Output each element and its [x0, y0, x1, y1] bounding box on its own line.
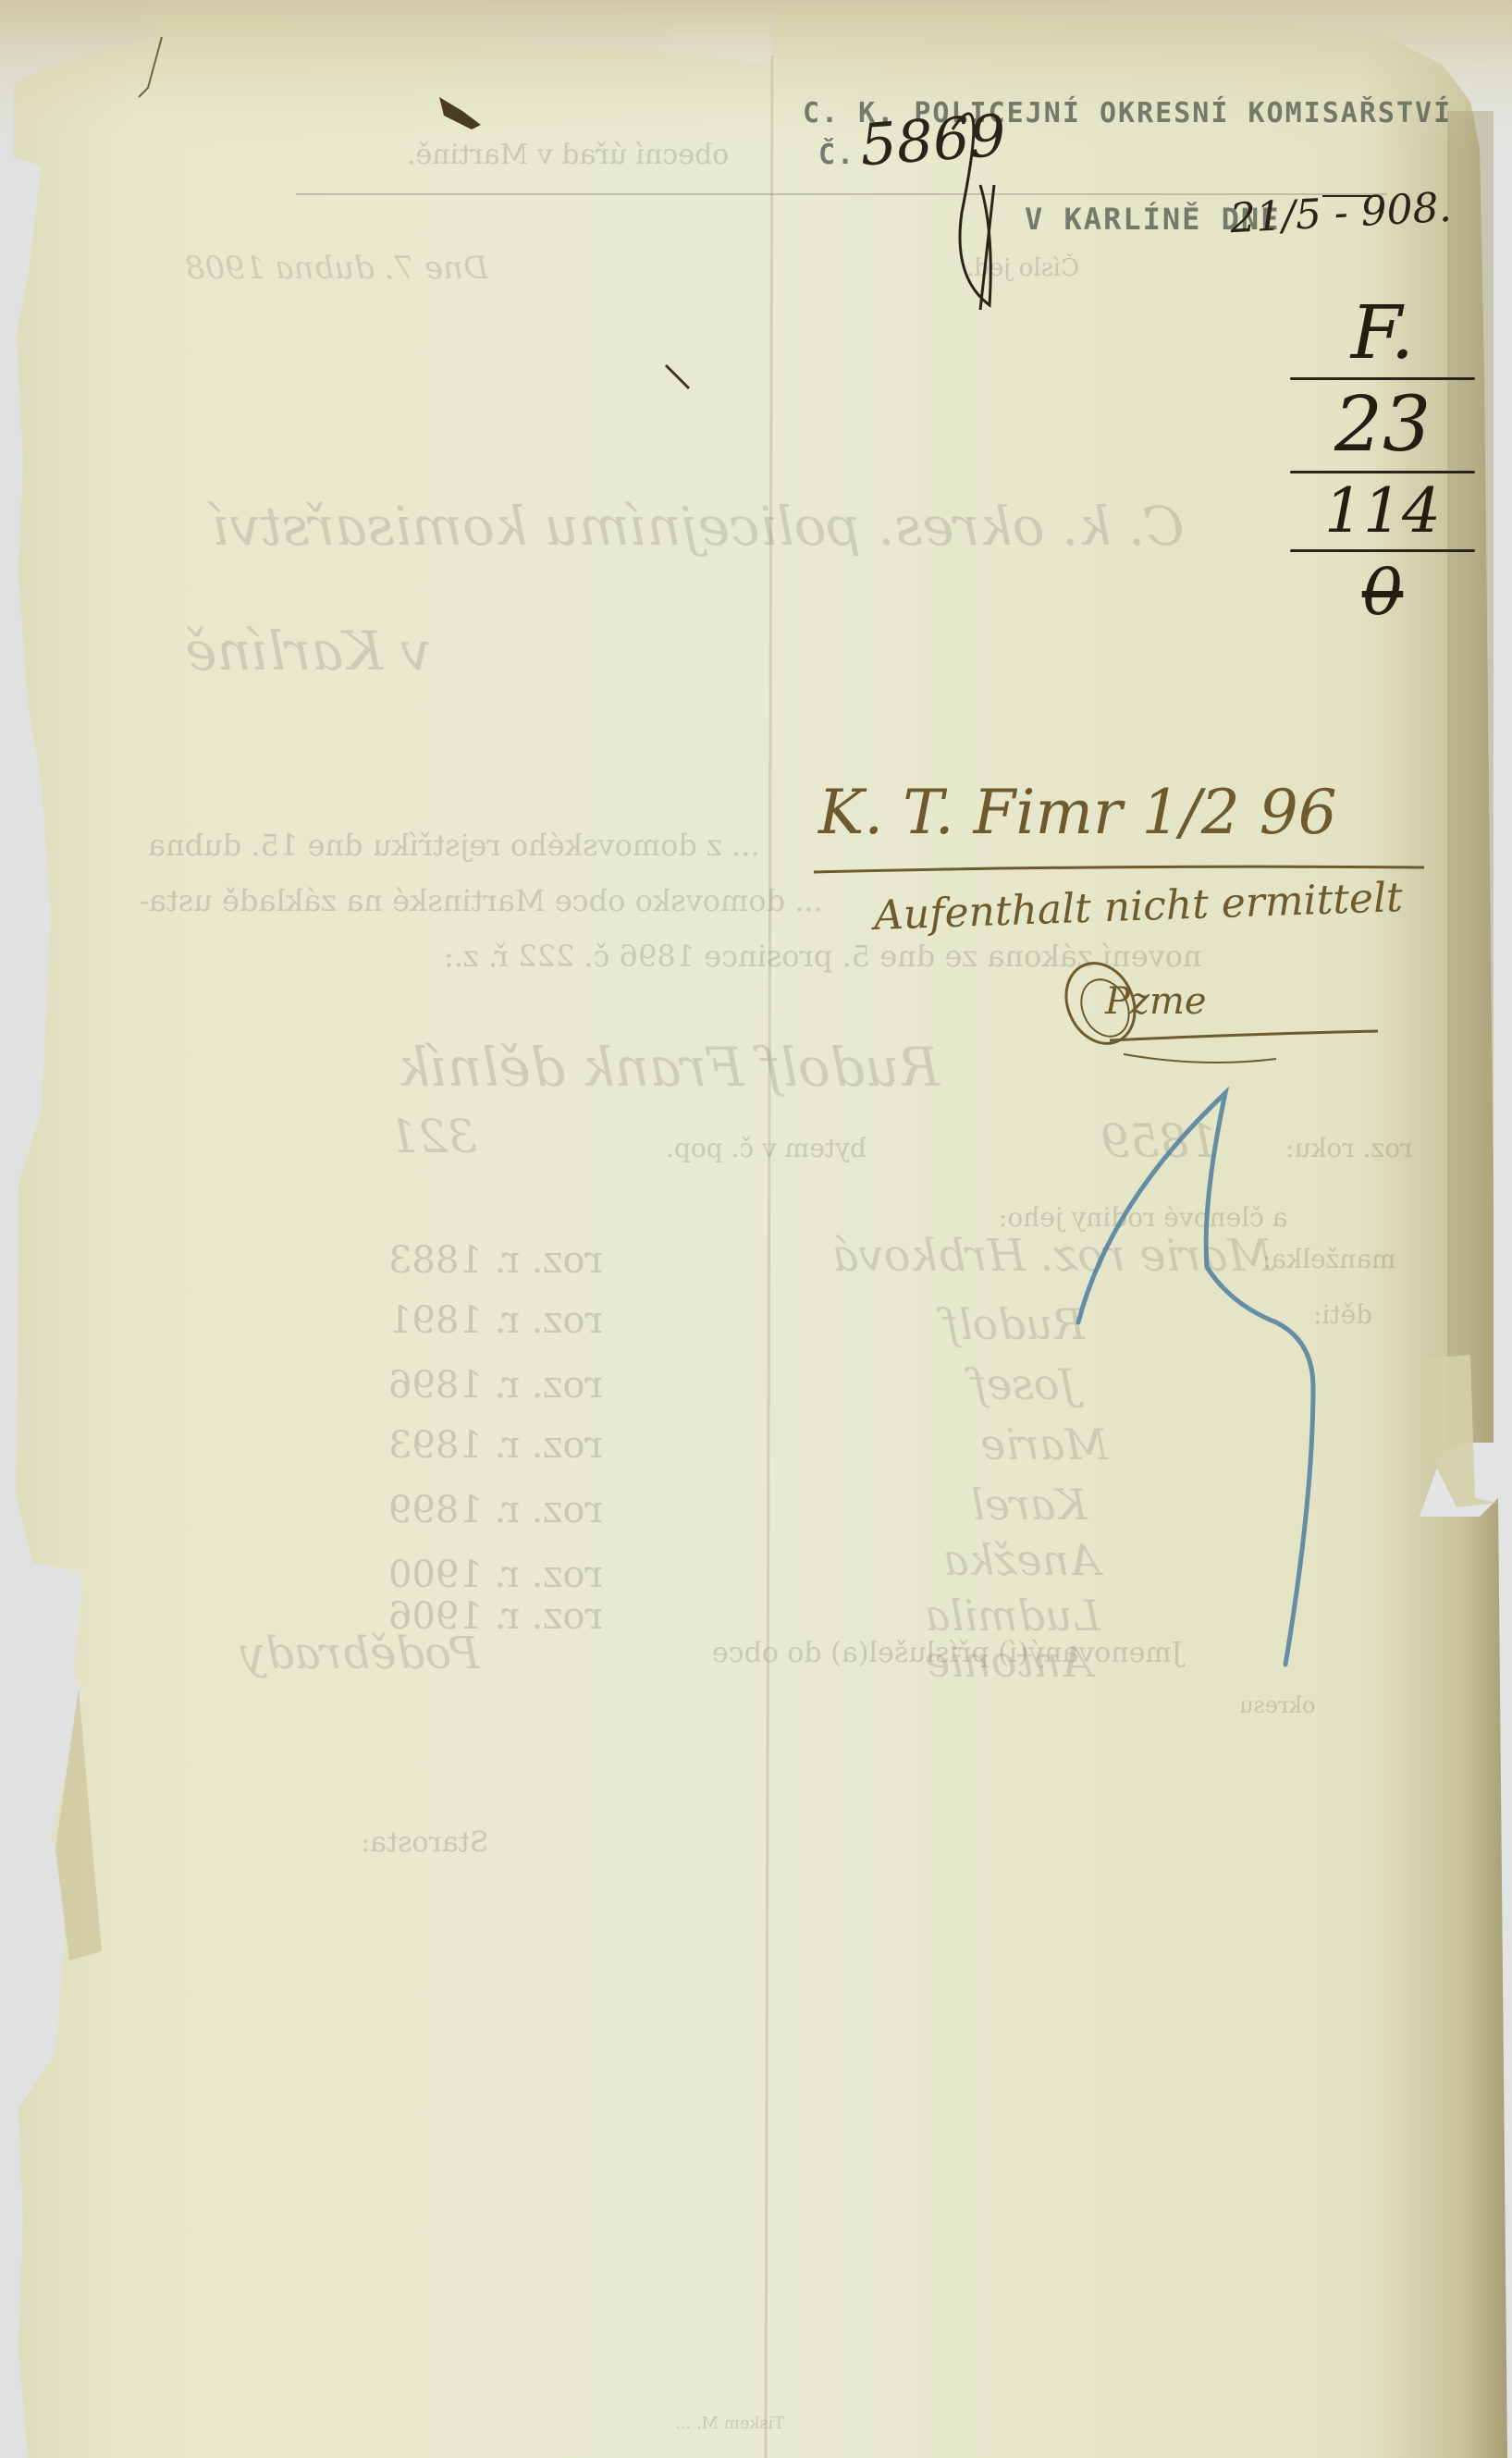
ink-strokes — [0, 0, 1512, 2458]
folio-number-23: 23 — [1290, 387, 1475, 463]
folio-number-114: 114 — [1290, 481, 1475, 542]
handwritten-signature: Pzme — [1105, 980, 1207, 1023]
note-underline — [814, 866, 1424, 872]
blue-pencil-mark — [1078, 1093, 1313, 1665]
folio-reference: F. 23 114 0 — [1290, 296, 1475, 624]
handwritten-note-fimr: K. T. Fimr 1/2 96 — [818, 777, 1337, 848]
folio-divider — [1290, 377, 1475, 380]
folio-number-0: 0 — [1290, 559, 1475, 624]
folio-divider — [1290, 471, 1475, 473]
folio-divider — [1290, 549, 1475, 552]
folio-letter: F. — [1290, 296, 1475, 370]
document-sheet: obecní úřad v Martině. Dne 7. dubna 1908… — [0, 0, 1512, 2458]
